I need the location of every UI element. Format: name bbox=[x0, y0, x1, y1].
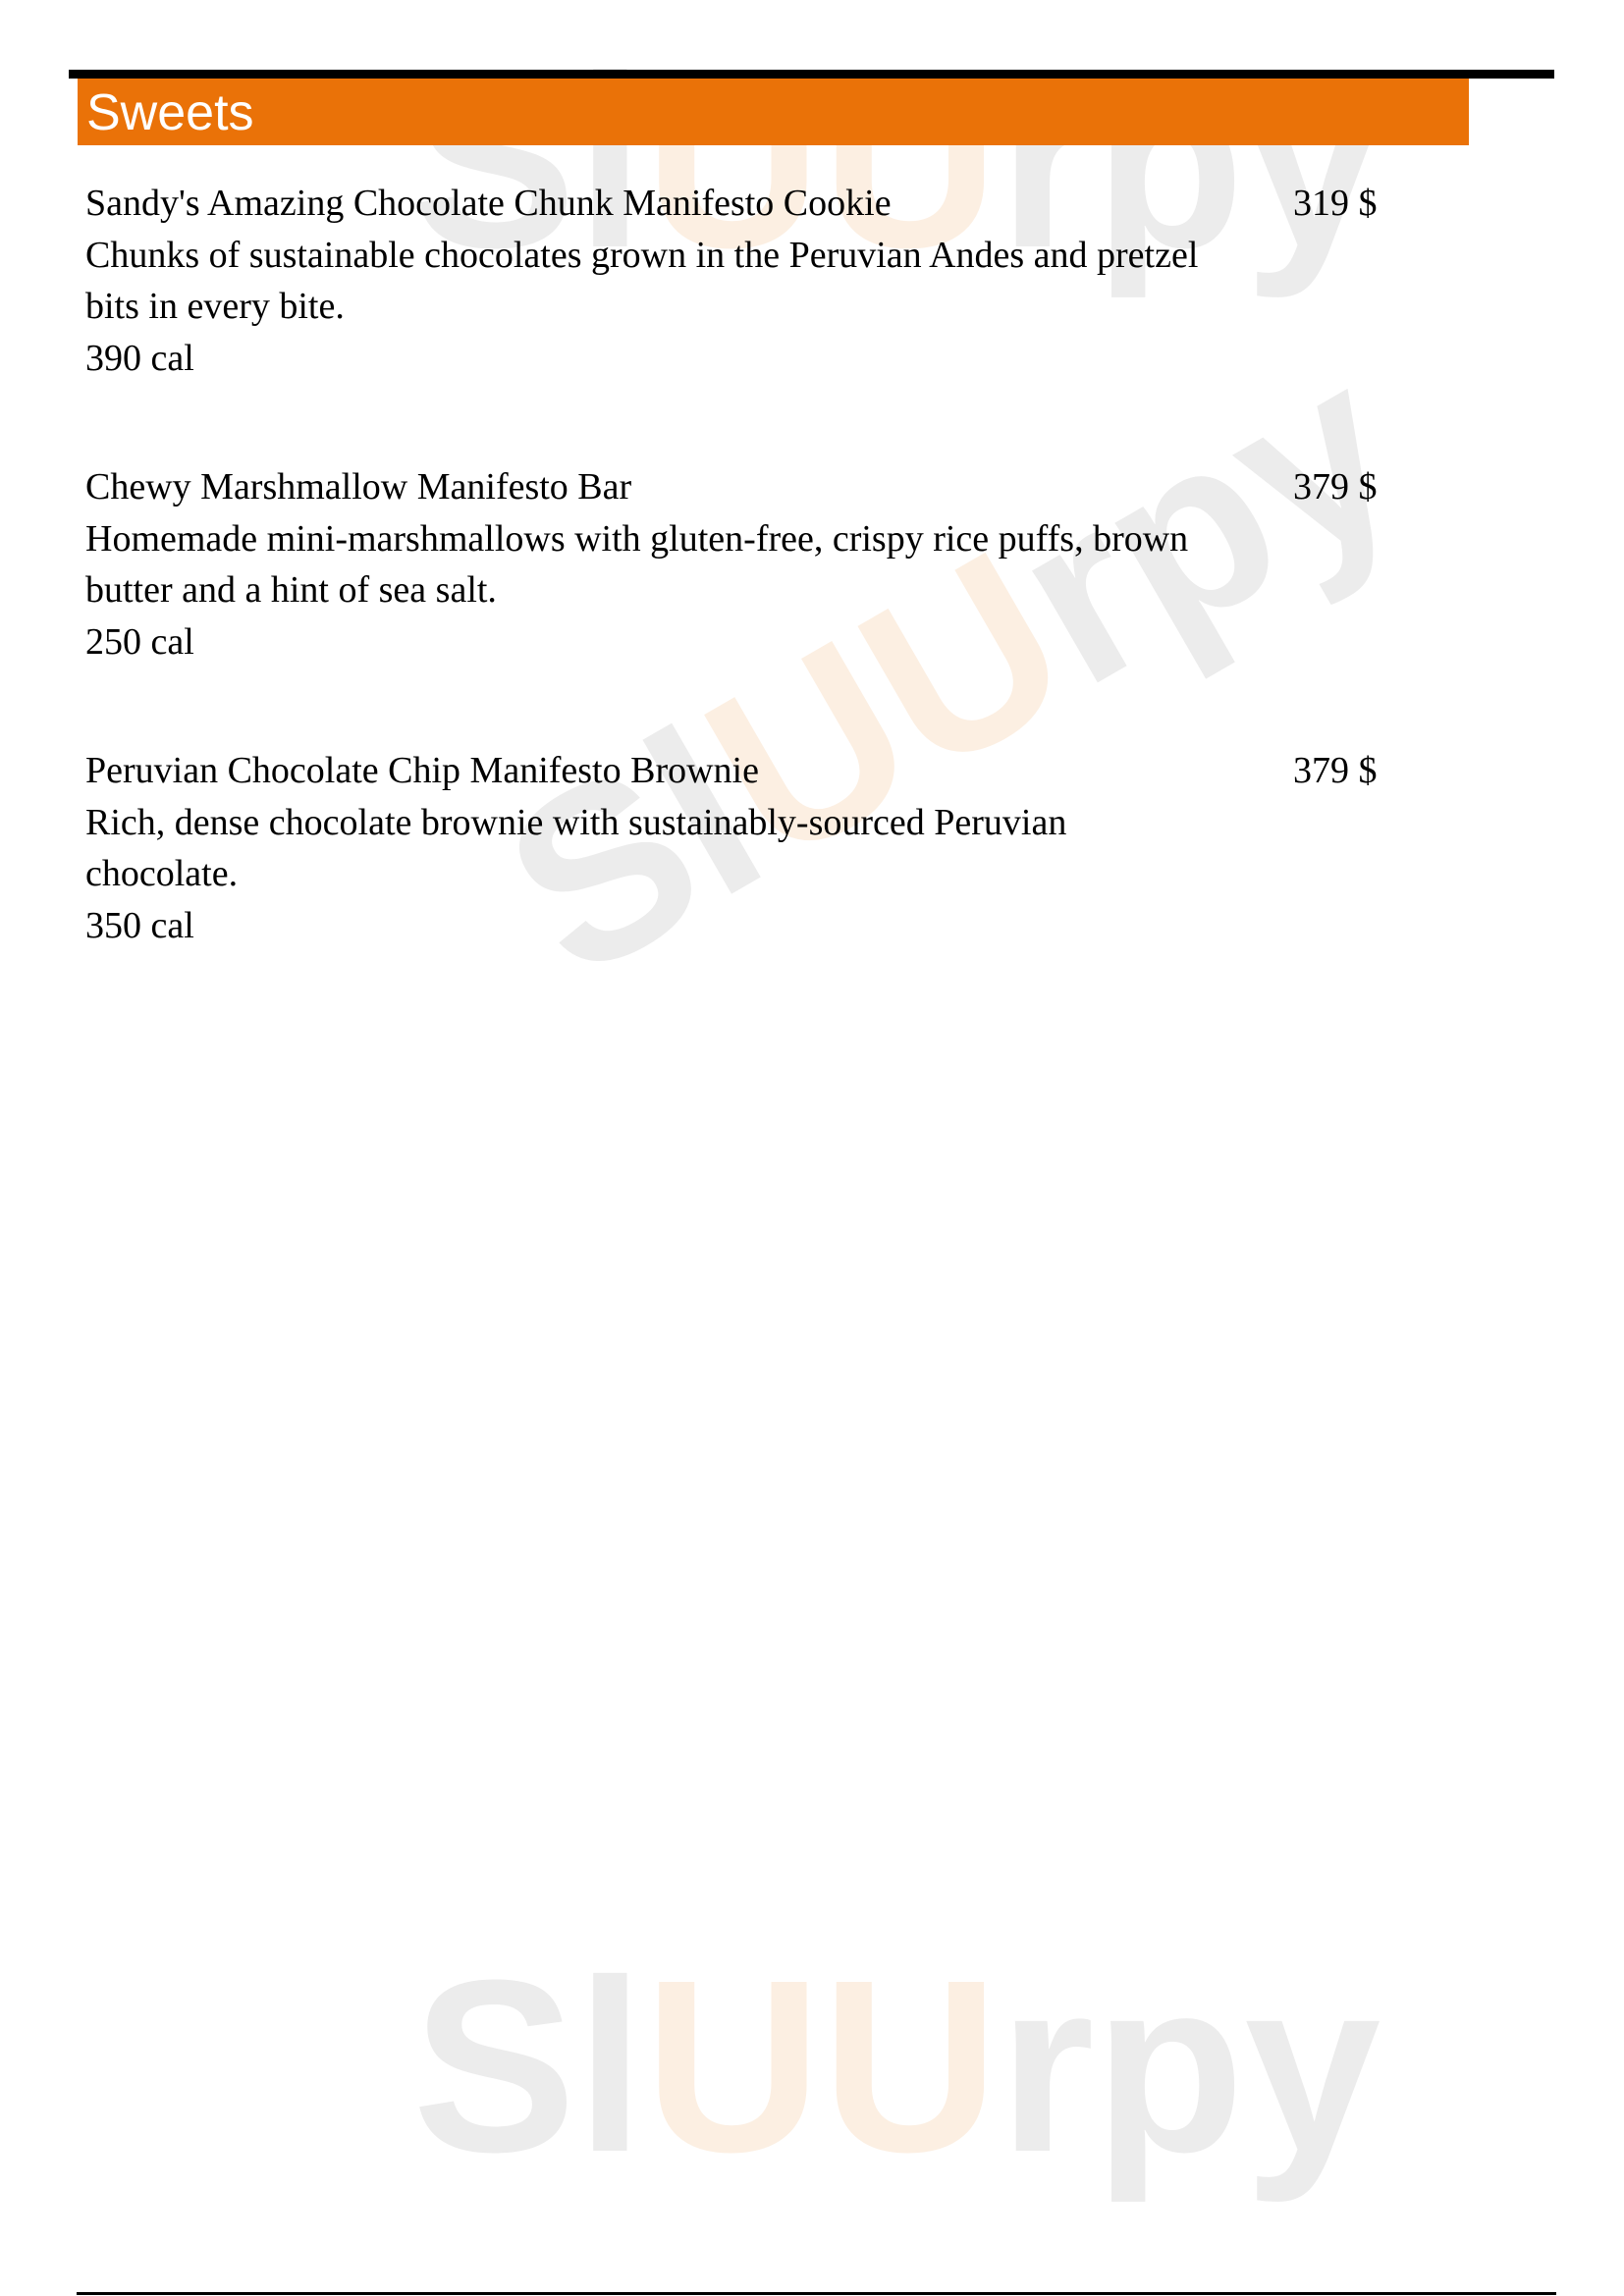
item-description: Rich, dense chocolate brownie with susta… bbox=[85, 797, 1215, 900]
item-price: 379 $ bbox=[1293, 745, 1378, 797]
item-name: Chewy Marshmallow Manifesto Bar bbox=[85, 461, 1215, 513]
item-name: Sandy's Amazing Chocolate Chunk Manifest… bbox=[85, 178, 1215, 230]
menu-item: Peruvian Chocolate Chip Manifesto Browni… bbox=[85, 745, 1460, 951]
watermark-text: rpy bbox=[999, 1929, 1380, 2203]
item-description: Chunks of sustainable chocolates grown i… bbox=[85, 230, 1215, 333]
item-description: Homemade mini-marshmallows with gluten-f… bbox=[85, 513, 1215, 616]
watermark-text: Sl bbox=[412, 1929, 644, 2203]
top-rule bbox=[69, 70, 1554, 79]
watermark-text: UU bbox=[644, 1929, 999, 2203]
item-calories: 250 cal bbox=[85, 616, 1215, 668]
section-title: Sweets bbox=[86, 84, 254, 141]
sluurpy-watermark: SlUUrpy bbox=[412, 1944, 1380, 2189]
bottom-rule bbox=[77, 2292, 1556, 2295]
menu-item: Chewy Marshmallow Manifesto Bar Homemade… bbox=[85, 461, 1460, 667]
item-price: 379 $ bbox=[1293, 461, 1378, 513]
menu-item: Sandy's Amazing Chocolate Chunk Manifest… bbox=[85, 178, 1460, 384]
item-price: 319 $ bbox=[1293, 178, 1378, 230]
item-calories: 390 cal bbox=[85, 333, 1215, 385]
item-calories: 350 cal bbox=[85, 900, 1215, 952]
section-header: Sweets bbox=[78, 79, 1469, 145]
item-name: Peruvian Chocolate Chip Manifesto Browni… bbox=[85, 745, 1215, 797]
